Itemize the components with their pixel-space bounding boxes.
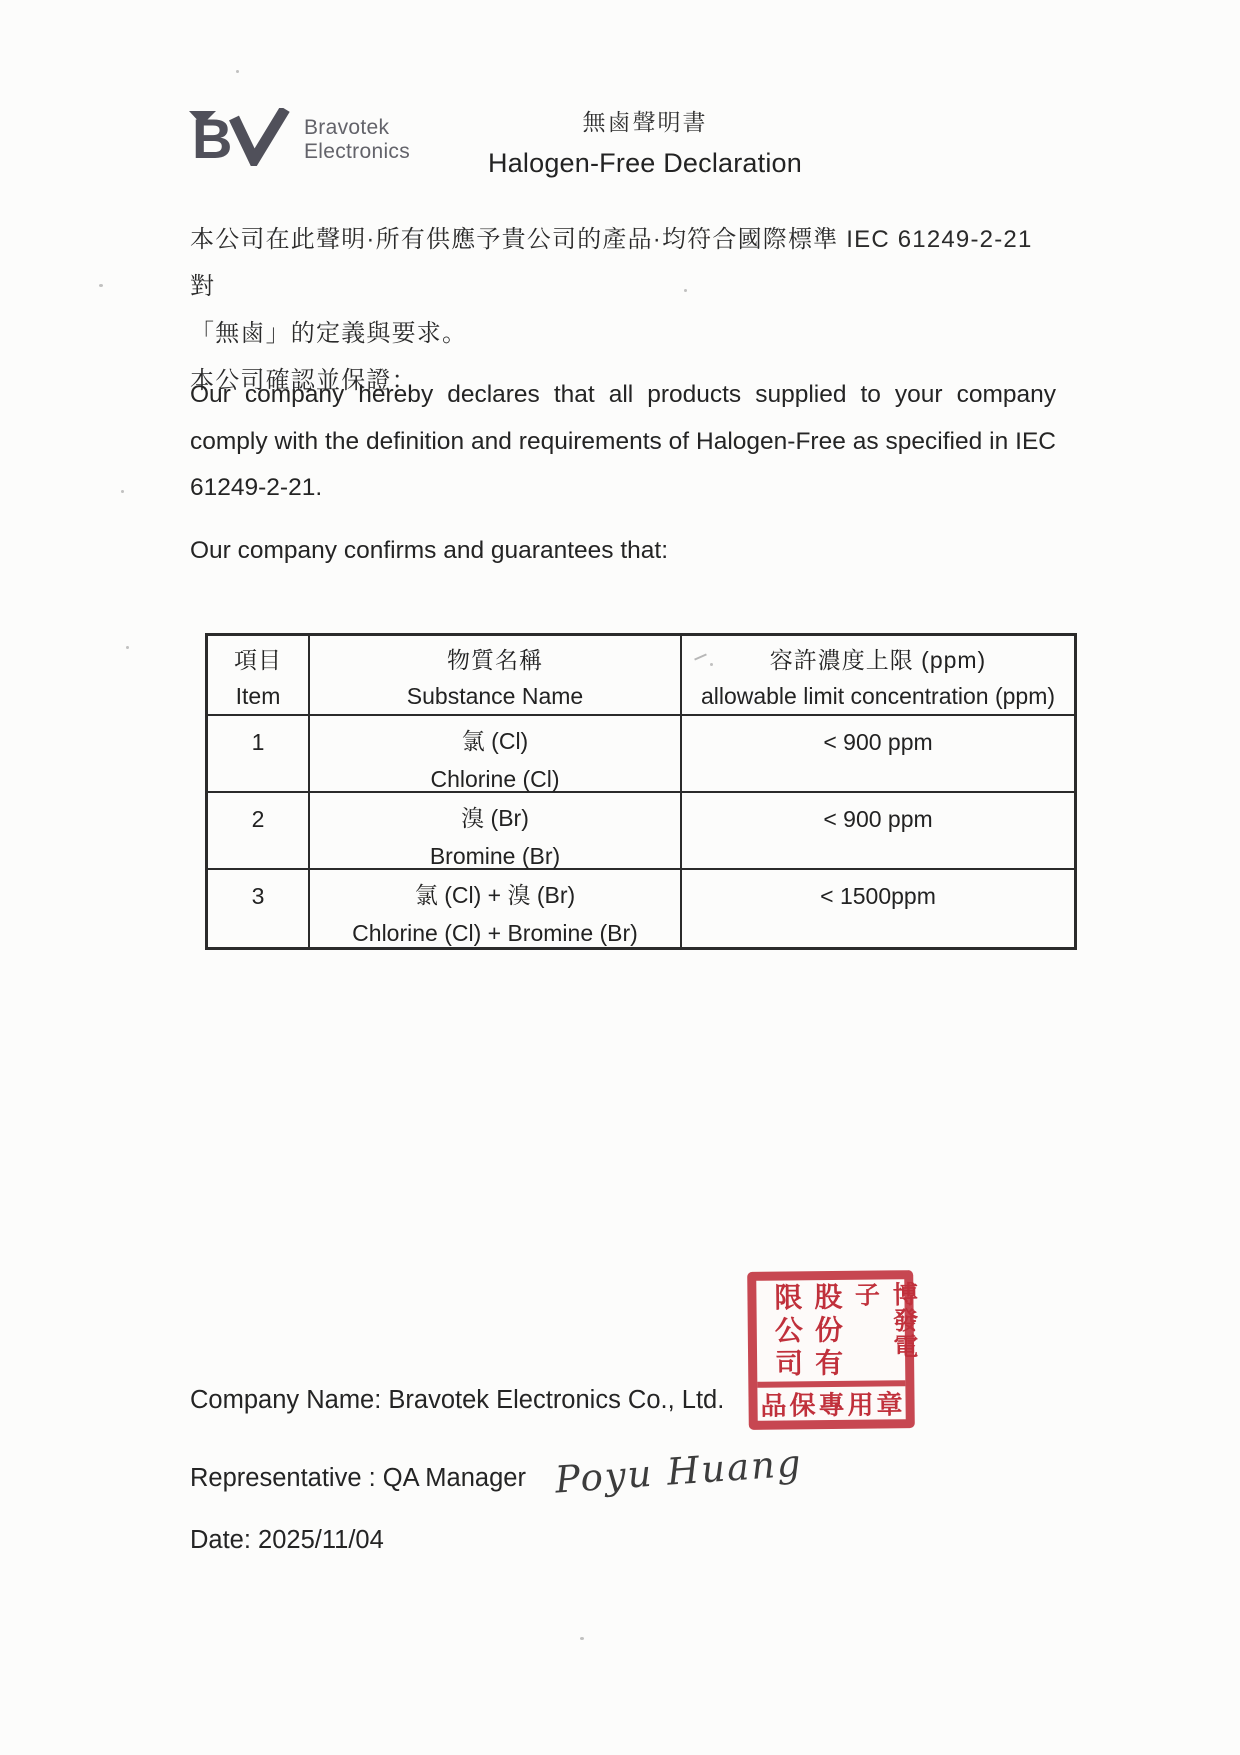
header-substance: 物質名稱 Substance Name <box>310 636 682 716</box>
seal-band-char-3: 專 <box>818 1385 844 1422</box>
scan-speck <box>99 284 103 287</box>
table-row-2-limit: < 900 ppm <box>682 793 1074 870</box>
logo-wordmark: Bravotek Electronics <box>304 116 410 164</box>
header-substance-en: Substance Name <box>310 678 680 715</box>
seal-column-right: 博發電子 <box>846 1281 923 1381</box>
representative-label: Representative : QA Manager <box>190 1464 526 1492</box>
en-declaration-text: Our company hereby declares that all pro… <box>190 372 1056 512</box>
seal-main-area: 限公司 股份有 博發電子 <box>756 1279 905 1382</box>
header-limit-en: allowable limit concentration (ppm) <box>682 678 1074 715</box>
row-3-substance-cn: 氯 (Cl) + 溴 (Br) <box>310 877 680 913</box>
table-row-2-item: 2 <box>208 793 310 870</box>
row-1-substance-cn: 氯 (Cl) <box>310 723 680 759</box>
header-item-cn: 項目 <box>208 643 308 678</box>
representative-line: Representative : QA Manager Poyu Huang <box>190 1452 803 1495</box>
scan-speck <box>580 1637 584 1640</box>
seal-band-char-2: 保 <box>789 1385 815 1422</box>
row-3-substance-en: Chlorine (Cl) + Bromine (Br) <box>310 913 680 953</box>
title-block: 無鹵聲明書 Halogen-Free Declaration <box>420 104 870 179</box>
header-item-en: Item <box>208 678 308 715</box>
qa-company-seal: 限公司 股份有 博發電子 品 保 專 用 章 <box>747 1270 915 1430</box>
table-row-1-limit: < 900 ppm <box>682 716 1074 793</box>
seal-band-char-5: 章 <box>876 1384 902 1421</box>
table-row-1-substance: 氯 (Cl) Chlorine (Cl) <box>310 716 682 793</box>
row-3-limit-value: < 1500ppm <box>682 877 1074 915</box>
en-confirm-line: Our company confirms and guarantees that… <box>190 528 1056 575</box>
cn-line-2: 「無鹵」的定義與要求。 <box>190 310 1060 357</box>
table-row-1-item: 1 <box>208 716 310 793</box>
scan-speck <box>684 289 687 292</box>
row-2-limit-value: < 900 ppm <box>682 800 1074 838</box>
halogen-free-declaration-document: B Bravotek Electronics 無鹵聲明書 Halogen-Fre… <box>0 0 1240 1755</box>
scan-speck <box>236 70 239 73</box>
logo-line1: Bravotek <box>304 116 410 140</box>
seal-band-char-1: 品 <box>760 1385 786 1422</box>
row-1-limit-value: < 900 ppm <box>682 723 1074 761</box>
row-2-substance-cn: 溴 (Br) <box>310 800 680 836</box>
logo-line2: Electronics <box>304 140 410 164</box>
row-2-item-number: 2 <box>208 800 308 838</box>
representative-signature: Poyu Huang <box>554 1441 804 1501</box>
header-substance-cn: 物質名稱 <box>310 643 680 678</box>
company-name-line: Company Name: Bravotek Electronics Co., … <box>190 1386 724 1415</box>
header-item: 項目 Item <box>208 636 310 716</box>
document-title-chinese: 無鹵聲明書 <box>420 104 870 137</box>
date-line: Date: 2025/11/04 <box>190 1526 384 1555</box>
header-limit: 容許濃度上限 (ppm) allowable limit concentrati… <box>682 636 1074 716</box>
document-title-english: Halogen-Free Declaration <box>420 148 870 179</box>
row-1-item-number: 1 <box>208 723 308 761</box>
header-limit-cn: 容許濃度上限 (ppm) <box>770 643 986 678</box>
seal-column-left: 限公司 <box>766 1282 807 1381</box>
table-row-3-substance: 氯 (Cl) + 溴 (Br) Chlorine (Cl) + Bromine … <box>310 870 682 947</box>
svg-text:B: B <box>192 108 232 166</box>
scan-speck <box>121 490 124 493</box>
seal-band-char-4: 用 <box>847 1385 873 1422</box>
cn-line-1: 本公司在此聲明·所有供應予貴公司的產品·均符合國際標準 IEC 61249-2-… <box>190 216 1060 310</box>
declaration-paragraph-english: Our company hereby declares that all pro… <box>190 372 1056 574</box>
seal-bottom-band: 品 保 專 用 章 <box>757 1380 905 1421</box>
scan-speck <box>126 646 129 649</box>
bravotek-logo-icon: B <box>186 108 292 166</box>
company-logo: B Bravotek Electronics <box>186 108 410 166</box>
table-row-2-substance: 溴 (Br) Bromine (Br) <box>310 793 682 870</box>
table-row-3-limit: < 1500ppm <box>682 870 1074 947</box>
scan-speck <box>710 663 713 666</box>
seal-column-middle: 股份有 <box>806 1282 847 1381</box>
table-row-3-item: 3 <box>208 870 310 947</box>
substance-limit-table: 項目 Item 物質名稱 Substance Name 容許濃度上限 (ppm)… <box>205 633 1077 950</box>
row-3-item-number: 3 <box>208 877 308 915</box>
